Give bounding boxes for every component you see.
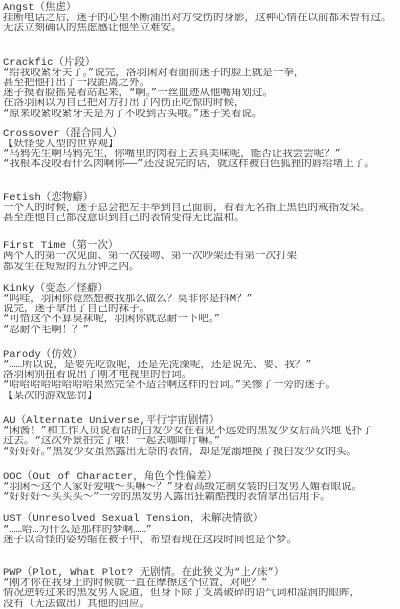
body-line: 甚至把他打出了一段距离之外。 bbox=[3, 78, 398, 88]
term-heading: Fetish（恋物癖） bbox=[3, 193, 398, 203]
term-heading: Crossover（混合同人） bbox=[3, 129, 398, 139]
body-line: “羽闲～这个人家好爱哦～买嘛～？”身着高级定制女装的白发男人媚着眼说。 bbox=[3, 482, 398, 492]
body-line: 无法立刻确认的焦虑感让他坐立难安。 bbox=[3, 23, 398, 33]
body-line: “乌鸦先生啊乌鸦先生，你嘴里的肉看上去真美味呢，能否让我尝尝呢？” bbox=[3, 149, 398, 159]
body-line: 情况逆转过来的黑发男人说道，但身下除了支离破碎的语气词和湿润的眼眸， bbox=[3, 588, 398, 598]
body-line: 挂断电话之后，迷子的心里不断涌出对方受伤的身影，这种心情在以前都未曾有过。 bbox=[3, 13, 398, 23]
document-page: Angst（焦虑）挂断电话之后，迷子的心里不断涌出对方受伤的身影，这种心情在以前… bbox=[0, 0, 400, 609]
body-line: 洛羽闲别扭着说出了刚才电视里的台词。 bbox=[3, 370, 398, 380]
body-line: 迷子以奇怪的姿势缩在被子中，希望着现在这段时间也是个梦。 bbox=[3, 535, 398, 545]
body-line: 没有（无法做出）其他的回应。 bbox=[3, 599, 398, 609]
term-heading: Parody（仿效） bbox=[3, 350, 398, 360]
term-heading: PWP（Plot, What Plot? 无剧情。在此狭义为“上/床”） bbox=[3, 568, 398, 578]
term-section: Kinky（变态／怪癖）“呜哇，羽闲你竟然想被我那么做么？莫非你是抖M？”说完，… bbox=[3, 284, 398, 335]
body-line: “呜哇，羽闲你竟然想被我那么做么？莫非你是抖M？” bbox=[3, 294, 398, 304]
term-heading: AU（Alternate Universe,平行宇宙剧情） bbox=[3, 416, 398, 426]
body-line: “忍耐个毛啊！？” bbox=[3, 325, 398, 335]
term-section: UST（Unresolved Sexual Tension，未解决情欲）“……哈… bbox=[3, 514, 398, 545]
term-heading: OOC（Out of Character，角色个性偏差） bbox=[3, 472, 398, 482]
term-section: Angst（焦虑）挂断电话之后，迷子的心里不断涌出对方受伤的身影，这种心情在以前… bbox=[3, 3, 398, 34]
body-line: “给我咬紧牙关了。”说完，洛羽闲对着面前迷子的脸上就是一拳， bbox=[3, 68, 398, 78]
body-line: “好好好～买买买～”一旁的黑发男人露出狂霸酷拽的表情拿出信用卡。 bbox=[3, 492, 398, 502]
term-heading: Angst（焦虑） bbox=[3, 3, 398, 13]
body-line: “哈哈哈哈哈哈哈哈果然完全不适合啊这样的台词。”笑惨了一旁的迷子。 bbox=[3, 380, 398, 390]
body-line: 都发生在短短的五分钟之内。 bbox=[3, 262, 398, 272]
term-section: Parody（仿效）“……所以说，是要先吃饭呢，还是先洗澡呢，还是说先、要、我？… bbox=[3, 350, 398, 401]
body-line: 说完，迷子拿出了自己的袜子。 bbox=[3, 304, 398, 314]
term-heading: Kinky（变态／怪癖） bbox=[3, 284, 398, 294]
body-line: “原来咬紧咬紧牙关是为了不咬到舌头哦。”迷子笑着说。 bbox=[3, 109, 398, 119]
body-line: “可惜这个不算臭袜呢，羽闲你就忍耐一下吧。” bbox=[3, 314, 398, 324]
term-section: Crossover（混合同人）【妖怪变人型的世界观】“乌鸦先生啊乌鸦先生，你嘴里… bbox=[3, 129, 398, 170]
term-section: AU（Alternate Universe,平行宇宙剧情）“闲酱！”和工作人员说… bbox=[3, 416, 398, 457]
body-line: 迷子摸着脸摇晃着站起来，“啊。”一丝血迹从他嘴角划过。 bbox=[3, 88, 398, 98]
body-line: 两个人的第一次见面、第一次接吻、第一次吵架还有第一次打架 bbox=[3, 251, 398, 261]
body-line: 在洛羽闲以为自己把对方打出了内伤正吃惊的时候， bbox=[3, 98, 398, 108]
term-section: PWP（Plot, What Plot? 无剧情。在此狭义为“上/床”）“刚才你… bbox=[3, 568, 398, 609]
body-line: “……哈…为什么是那样的梦啊……” bbox=[3, 525, 398, 535]
body-line: 甚至连他自己都没意识到自己的表情变得无比温和。 bbox=[3, 213, 398, 223]
body-line: “我根本没咬着什么肉啊你——”还没说完的话，就这样被白色狐狸的唇给堵上了。 bbox=[3, 159, 398, 169]
term-heading: First Time（第一次） bbox=[3, 241, 398, 251]
body-line: 【某次的游戏惩罚】 bbox=[3, 391, 398, 401]
term-section: OOC（Out of Character，角色个性偏差）“羽闲～这个人家好爱哦～… bbox=[3, 472, 398, 503]
body-line: 过去。“这次外景拍完了哦！一起去咖啡厅嘛。” bbox=[3, 436, 398, 446]
term-heading: UST（Unresolved Sexual Tension，未解决情欲） bbox=[3, 514, 398, 524]
term-section: First Time（第一次）两个人的第一次见面、第一次接吻、第一次吵架还有第一… bbox=[3, 241, 398, 272]
term-section: Fetish（恋物癖）一个人的时候，迷子总会把左手举到自己面前，看着无名指上黑色… bbox=[3, 193, 398, 224]
body-line: “刚才你在我身上的时候就一直在摩擦这个位置，对吧？” bbox=[3, 578, 398, 588]
term-section: Crackfic（片段）“给我咬紧牙关了。”说完，洛羽闲对着面前迷子的脸上就是一… bbox=[3, 58, 398, 119]
body-line: “好好好。”黑发少女虽然露出无奈的表情，却是宠溺地摸了摸白发少女的头。 bbox=[3, 447, 398, 457]
body-line: “闲酱！”和工作人员说着话的白发少女在看见不远处的黑发少女后高兴地飞扑了 bbox=[3, 426, 398, 436]
term-heading: Crackfic（片段） bbox=[3, 58, 398, 68]
body-line: 【妖怪变人型的世界观】 bbox=[3, 139, 398, 149]
body-line: 一个人的时候，迷子总会把左手举到自己面前，看着无名指上黑色的戒指发呆。 bbox=[3, 203, 398, 213]
body-line: “……所以说，是要先吃饭呢，还是先洗澡呢，还是说先、要、我？” bbox=[3, 360, 398, 370]
